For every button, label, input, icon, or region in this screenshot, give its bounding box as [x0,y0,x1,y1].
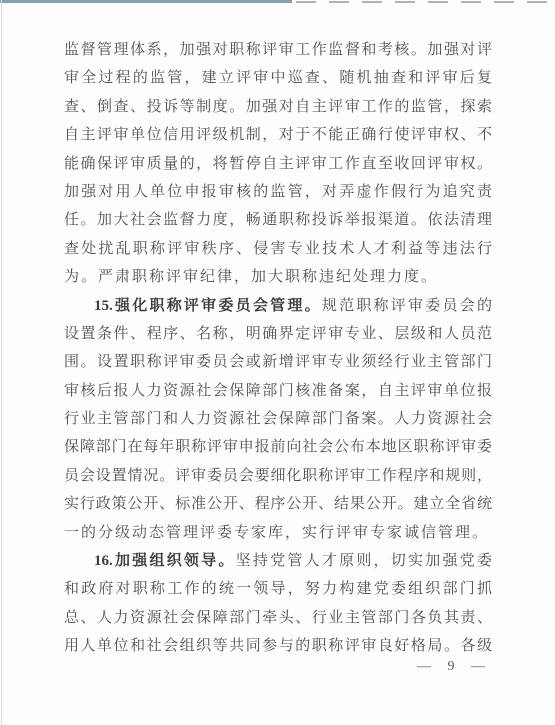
text-line: 实行政策公开、标准公开、程序公开、结果公开。建立全省统 [64,490,492,518]
document-body: 监督管理体系，加强对职称评审工作监督和考核。加强对评审全过程的监管，建立评审中巡… [64,36,492,661]
text-line: 员会设置情况。评审委员会要细化职称评审工作程序和规则， [64,462,492,490]
scan-artifact-top-dashes [296,1,555,3]
text-line: 保障部门在每年职称评审申报前向社会公布本地区职称评审委 [64,433,492,461]
text-line: 查、倒查、投诉等制度。加强对自主评审工作的监管，探索 [64,93,492,121]
text-line: 能确保评审质量的，将暂停自主评审工作直至收回评审权。 [64,150,492,178]
text-line: 审核后报人力资源社会保障部门核准备案，自主评审单位报 [64,377,492,405]
text-line: 加强对用人单位申报审核的监管，对弄虚作假行为追究责 [64,178,492,206]
text-line: 围。设置职称评审委员会或新增评审专业须经行业主管部门 [64,348,492,376]
scan-artifact-left-edge [1,0,2,725]
text-line: 一的分级动态管理评委专家库，实行评审专家诚信管理。 [64,519,492,547]
section-heading: 16.加强组织领导。 [94,553,236,569]
text-line: 设置条件、程序、名称，明确界定评审专业、层级和人员范 [64,320,492,348]
text-line: 15.强化职称评审委员会管理。规范职称评审委员会的 [64,292,492,320]
text-line: 查处扰乱职称评审秩序、侵害专业技术人才利益等违法行 [64,235,492,263]
section-heading: 15.强化职称评审委员会管理。 [94,298,322,314]
page-number: — 9 — [417,657,487,677]
text-line: 总、人力资源社会保障部门牵头、行业主管部门各负其责、 [64,604,492,632]
text-line: 行业主管部门和人力资源社会保障部门备案。人力资源社会 [64,405,492,433]
text-line: 任。加大社会监督力度，畅通职称投诉举报渠道。依法清理 [64,206,492,234]
text-line: 监督管理体系，加强对职称评审工作监督和考核。加强对评 [64,36,492,64]
text-line: 16.加强组织领导。坚持党管人才原则，切实加强党委 [64,547,492,575]
text-line: 自主评审单位信用评级机制，对于不能正确行使评审权、不 [64,121,492,149]
scan-artifact-top-line [0,0,292,3]
text-line: 和政府对职称工作的统一领导，努力构建党委组织部门抓 [64,575,492,603]
text-line: 审全过程的监管，建立评审中巡查、随机抽查和评审后复 [64,64,492,92]
text-line: 为。严肃职称评审纪律，加大职称违纪处理力度。 [64,263,492,291]
